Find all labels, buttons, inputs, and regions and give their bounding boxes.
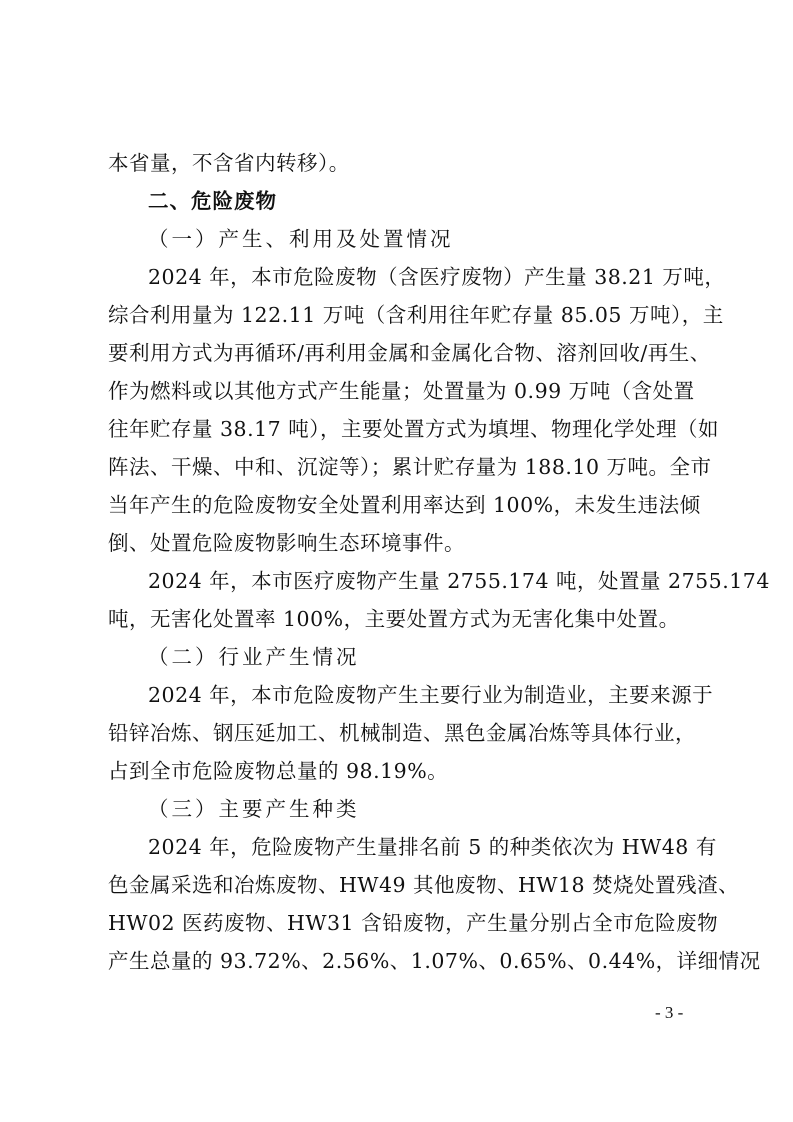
paragraph-line: 阵法、干燥、中和、沉淀等）；累计贮存量为 188.10 万吨。全市 — [108, 455, 690, 479]
subsection-title-1: （一）产生、利用及处置情况 — [148, 227, 454, 251]
paragraph-line: 2024 年，本市医疗废物产生量 2755.174 吨，处置量 2755.174 — [148, 569, 690, 593]
paragraph-line: 倒、处置危险废物影响生态环境事件。 — [108, 531, 690, 555]
section-title: 二、危险废物 — [148, 189, 277, 213]
subsection-title-2: （二）行业产生情况 — [148, 645, 360, 669]
paragraph-line: 吨，无害化处置率 100%，主要处置方式为无害化集中处置。 — [108, 607, 690, 631]
paragraph-line: 产生总量的 93.72%、2.56%、1.07%、0.65%、0.44%，详细情… — [108, 949, 690, 973]
paragraph-line: 占到全市危险废物总量的 98.19%。 — [108, 759, 690, 783]
paragraph-line: HW02 医药废物、HW31 含铅废物，产生量分别占全市危险废物 — [108, 911, 690, 935]
document-page: 本省量，不含省内转移）。 二、危险废物 （一）产生、利用及处置情况 2024 年… — [0, 0, 793, 1122]
paragraph-line: 往年贮存量 38.17 吨），主要处置方式为填埋、物理化学处理（如 — [108, 417, 690, 441]
paragraph-line: 作为燃料或以其他方式产生能量；处置量为 0.99 万吨（含处置 — [108, 379, 690, 403]
paragraph-line: 2024 年，危险废物产生量排名前 5 的种类依次为 HW48 有 — [148, 835, 690, 859]
paragraph-line: 要利用方式为再循环/再利用金属和金属化合物、溶剂回收/再生、 — [108, 341, 690, 365]
paragraph-line: 当年产生的危险废物安全处置利用率达到 100%，未发生违法倾 — [108, 493, 690, 517]
page-number: - 3 - — [655, 1003, 683, 1023]
paragraph-line: 铅锌冶炼、钢压延加工、机械制造、黑色金属冶炼等具体行业， — [108, 721, 690, 745]
subsection-title-3: （三）主要产生种类 — [148, 797, 360, 821]
paragraph-line: 综合利用量为 122.11 万吨（含利用往年贮存量 85.05 万吨），主 — [108, 303, 690, 327]
paragraph-line: 2024 年，本市危险废物产生主要行业为制造业，主要来源于 — [148, 683, 690, 707]
paragraph-line: 色金属采选和冶炼废物、HW49 其他废物、HW18 焚烧处置残渣、 — [108, 873, 690, 897]
continuation-line: 本省量，不含省内转移）。 — [108, 151, 690, 175]
paragraph-line: 2024 年，本市危险废物（含医疗废物）产生量 38.21 万吨， — [148, 265, 690, 289]
